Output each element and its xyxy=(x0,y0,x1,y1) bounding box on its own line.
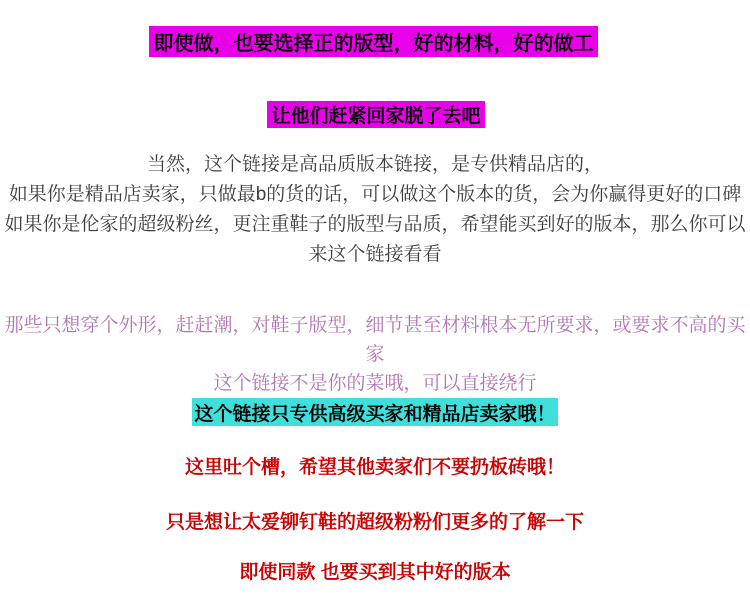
main-paragraph-line-2: 如果你是精品店卖家，只做最b的货的话，可以做这个版本的货，会为你赢得更好的口碑 xyxy=(0,180,750,210)
red-note-line-3: 即使同款 也要买到其中好的版本 xyxy=(0,557,750,584)
orchid-paragraph-line-2: 这个链接不是你的菜哦，可以直接绕行 xyxy=(0,369,750,398)
main-paragraph-line-4: 来这个链接看看 xyxy=(0,240,750,270)
orchid-paragraph: 那些只想穿个外形，赶赶潮，对鞋子版型，细节甚至材料根本无所要求，或要求不高的买家… xyxy=(0,311,750,398)
second-highlight-banner: 让他们赶紧回家脱了去吧 xyxy=(267,101,485,128)
top-highlight-banner: 即使做，也要选择正的版型，好的材料，好的做工 xyxy=(149,26,598,57)
red-note-line-1: 这里吐个槽，希望其他卖家们不要扔板砖哦！ xyxy=(0,452,750,479)
cyan-highlight-banner: 这个链接只专供高级买家和精品店卖家哦！ xyxy=(192,398,558,426)
main-paragraph-line-3: 如果你是伦家的超级粉丝，更注重鞋子的版型与品质，希望能买到好的版本，那么你可以 xyxy=(0,210,750,240)
main-paragraph-line-1: 当然，这个链接是高品质版本链接，是专供精品店的， xyxy=(0,150,750,180)
main-paragraph: 当然，这个链接是高品质版本链接，是专供精品店的， 如果你是精品店卖家，只做最b的… xyxy=(0,150,750,270)
red-note-line-2: 只是想让太爱铆钉鞋的超级粉粉们更多的了解一下 xyxy=(0,507,750,534)
promo-description-image: 即使做，也要选择正的版型，好的材料，好的做工 让他们赶紧回家脱了去吧 当然，这个… xyxy=(0,0,750,599)
orchid-paragraph-line-1: 那些只想穿个外形，赶赶潮，对鞋子版型，细节甚至材料根本无所要求，或要求不高的买家 xyxy=(0,311,750,369)
